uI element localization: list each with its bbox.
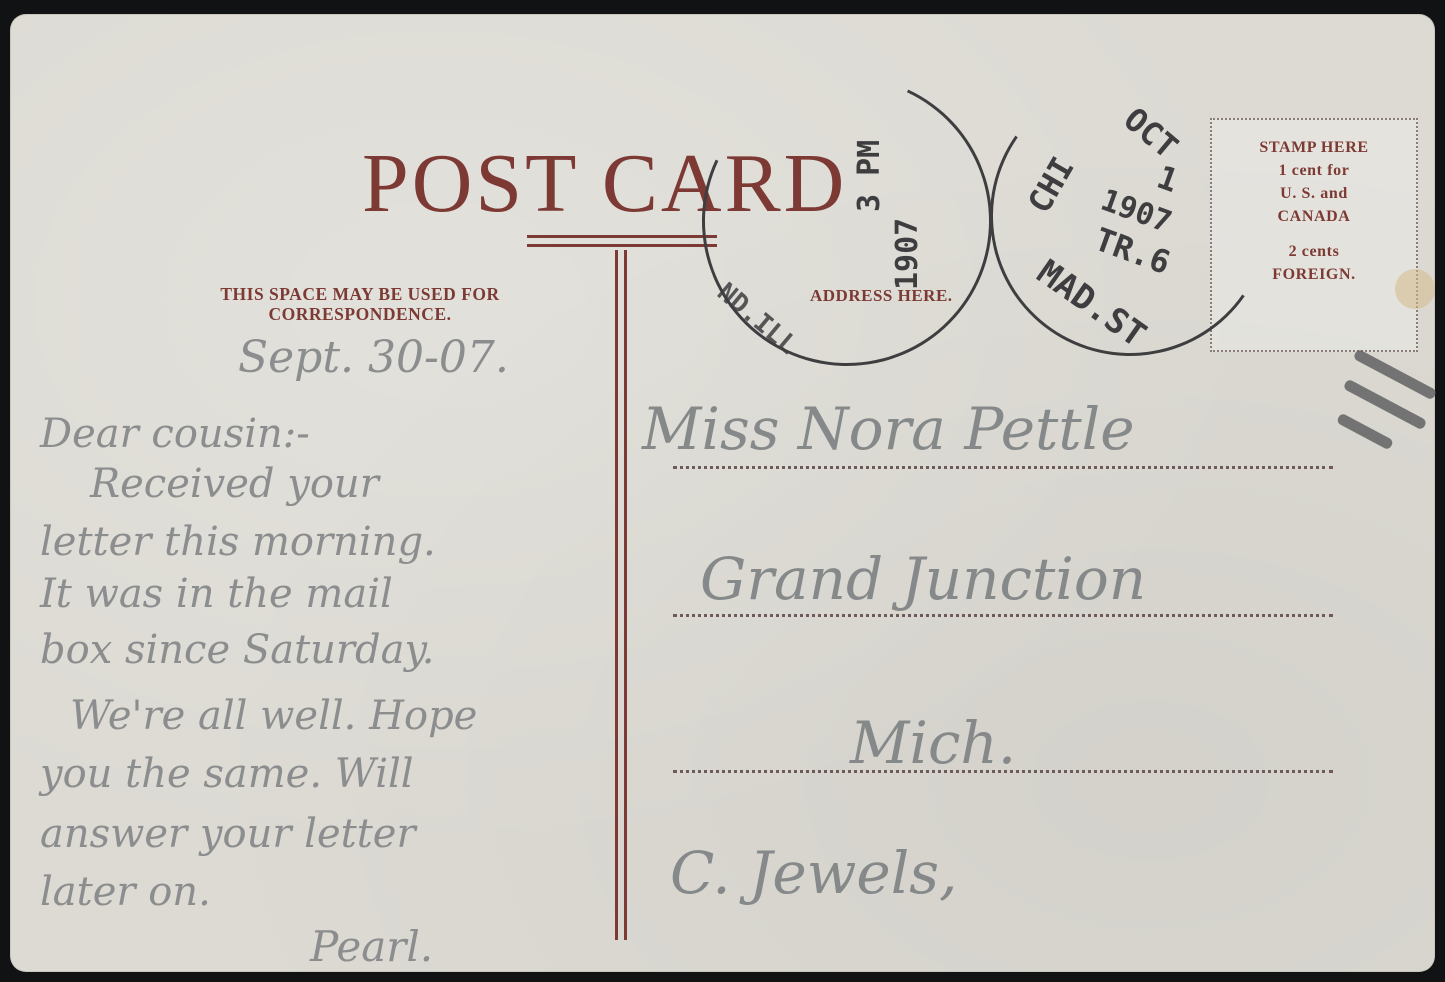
message-line-4: It was in the mail bbox=[40, 574, 393, 614]
postmark-left-year: 1907 bbox=[890, 218, 925, 290]
address-care-of: C. Jewels, bbox=[670, 844, 957, 902]
message-line-6: We're all well. Hope bbox=[70, 696, 477, 736]
message-line-2: Received your bbox=[90, 464, 379, 504]
message-line-5: box since Saturday. bbox=[40, 630, 435, 670]
message-line-9: later on. bbox=[40, 872, 211, 912]
divider-top-line-1 bbox=[527, 235, 717, 238]
divider-vertical-line-2 bbox=[624, 250, 627, 940]
divider-top-line-2 bbox=[527, 244, 717, 247]
paper-stain bbox=[1395, 269, 1435, 309]
address-city: Grand Junction bbox=[700, 550, 1146, 608]
message-signature: Pearl. bbox=[310, 926, 433, 968]
message-line-8: answer your letter bbox=[40, 814, 416, 854]
address-line-2 bbox=[673, 614, 1333, 617]
postmark-left bbox=[661, 35, 1033, 407]
cancellation-bar-3 bbox=[1336, 413, 1394, 451]
address-recipient: Miss Nora Pettle bbox=[642, 400, 1135, 458]
message-line-1: Dear cousin:- bbox=[40, 414, 310, 454]
correspondence-label: THIS SPACE MAY BE USED FOR CORRESPONDENC… bbox=[110, 284, 610, 324]
message-line-3: letter this morning. bbox=[40, 522, 436, 562]
address-state: Mich. bbox=[850, 714, 1016, 772]
postmark-left-time: 3 PM bbox=[852, 140, 887, 212]
postcard: POST CARD THIS SPACE MAY BE USED FOR COR… bbox=[10, 14, 1435, 972]
address-line-1 bbox=[673, 466, 1333, 469]
divider-vertical-line-1 bbox=[615, 250, 618, 940]
correspondence-label-line-1: THIS SPACE MAY BE USED FOR bbox=[110, 284, 610, 304]
correspondence-label-line-2: CORRESPONDENCE. bbox=[110, 304, 610, 324]
message-line-7: you the same. Will bbox=[40, 754, 414, 794]
message-date: Sept. 30-07. bbox=[238, 336, 509, 380]
